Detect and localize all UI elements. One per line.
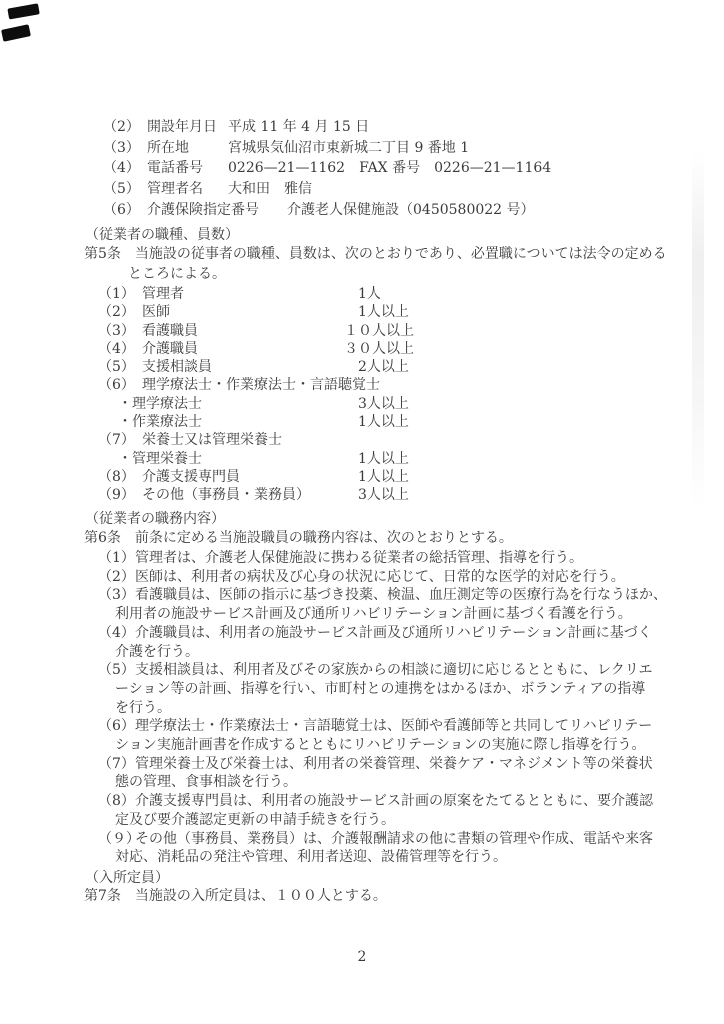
facility-info-list: （2）開設年月日平成 11 年 4 月 15 日（3）所在地宮城県気仙沼市東新城… [103, 117, 551, 221]
item-number: （4） [103, 158, 147, 179]
item-number: （7） [98, 431, 142, 449]
duty-line: 定及び要介護認定更新の申請手続きを行う。 [98, 811, 724, 830]
duty-line: （5）支援相談員は、利用者及びその家族からの相談に適切に応じるとともに、レクリエ [98, 661, 724, 680]
item-number: （5） [98, 661, 135, 680]
article5-intro: 第5条 当施設の従事者の職種、員数は、次のとおりであり、必置職については法令の定… [84, 245, 667, 285]
staff-count: 3人以上 [344, 395, 409, 413]
staff-name: 医師 [142, 303, 344, 321]
clause-line: 第5条 当施設の従事者の職種、員数は、次のとおりであり、必置職については法令の定… [84, 245, 667, 265]
duty-line: 介護を行う。 [98, 643, 724, 662]
duty-line: 対応、消耗品の発注や管理、利用者送迎、設備管理等を行う。 [98, 848, 724, 867]
staff-name: ・理学療法士 [98, 395, 344, 413]
staff-count: 2人以上 [344, 358, 409, 376]
staff-row: ・作業療法士1人以上 [0, 413, 724, 431]
item-number: （3） [103, 138, 147, 159]
duty-text: 理学療法士・作業療法士・言語聴覚士は、医師や看護師等と共同してリハビリテー [135, 718, 652, 734]
duty-line: 利用者の施設サービス計画及び通所リハビリテーション計画に基づく看護を行う。 [98, 605, 724, 624]
duty-text: 管理栄養士及び栄養士は、利用者の栄養管理、栄養ケア・マネジメント等の栄養状 [135, 756, 653, 772]
staff-count: 1人以上 [344, 303, 409, 321]
staff-row: （4）介護職員３０人以上 [0, 340, 724, 358]
staff-row: （3）看護職員１０人以上 [0, 322, 724, 340]
staff-row: （2）医師1人以上 [0, 303, 724, 321]
item-label: 介護保険指定番号 [147, 200, 259, 221]
info-row: （5）管理者名大和田 雅信 [103, 179, 551, 200]
staff-name: その他（事務員・業務員） [142, 486, 344, 504]
duty-line: （1）管理者は、介護老人保健施設に携わる従業者の総括管理、指導を行う。 [98, 549, 724, 568]
article6-intro: 第6条 前条に定める当施設職員の職務内容は、次のとおりとする。 [84, 529, 513, 548]
duty-text: 支援相談員は、利用者及びその家族からの相談に適切に応じるとともに、レクリエ [135, 662, 652, 678]
duty-line: （7）管理栄養士及び栄養士は、利用者の栄養管理、栄養ケア・マネジメント等の栄養状 [98, 755, 724, 774]
staff-count: 1人 [344, 285, 381, 303]
item-number: （5） [98, 358, 142, 376]
duty-item: （3）看護職員は、医師の指示に基づき投薬、検温、血圧測定等の医療行為を行なうほか… [0, 586, 724, 623]
duty-text: 医師は、利用者の病状及び心身の状況に応じて、日常的な医学的対応を行う。 [135, 569, 625, 585]
duty-item: （4）介護職員は、利用者の施設サービス計画及び通所リハビリテーション計画に基づく… [0, 624, 724, 661]
staff-name: 管理者 [142, 285, 344, 303]
duty-item: （９）その他（事務員、業務員）は、介護報酬請求の他に書類の管理や作成、電話や来客… [0, 830, 724, 867]
duty-text: その他（事務員、業務員）は、介護報酬請求の他に書類の管理や作成、電話や来客 [135, 831, 653, 847]
item-label: 開設年月日 [147, 117, 228, 138]
duty-item: （2）医師は、利用者の病状及び心身の状況に応じて、日常的な医学的対応を行う。 [0, 568, 724, 587]
item-number: （6） [98, 717, 135, 736]
duty-item: （5）支援相談員は、利用者及びその家族からの相談に適切に応じるとともに、レクリエ… [0, 661, 724, 717]
article7-text: 第7条 当施設の入所定員は、１００人とする。 [84, 887, 387, 906]
article7-heading: （入所定員） [85, 869, 169, 888]
staff-row: （5）支援相談員2人以上 [0, 358, 724, 376]
duty-line: （6）理学療法士・作業療法士・言語聴覚士は、医師や看護師等と共同してリハビリテー [98, 717, 724, 736]
article6-heading: （従業者の職務内容） [85, 510, 225, 529]
item-number: （1） [98, 549, 135, 568]
duty-text: 管理者は、介護老人保健施設に携わる従業者の総括管理、指導を行う。 [135, 550, 583, 566]
page-number: 2 [0, 948, 724, 967]
staff-name: 介護職員 [142, 340, 344, 358]
duty-line: （９）その他（事務員、業務員）は、介護報酬請求の他に書類の管理や作成、電話や来客 [98, 830, 724, 849]
clause-line: ところによる。 [84, 265, 667, 285]
item-label: 管理者名 [147, 179, 228, 200]
item-value: 0226—21—1162 FAX 番号 0226—21—1164 [228, 158, 551, 179]
duty-line: ション実施計画書を作成するとともにリハビリテーションの実施に際し指導を行う。 [98, 736, 724, 755]
item-number: （8） [98, 468, 142, 486]
staff-name: 支援相談員 [142, 358, 344, 376]
duty-line: ーション等の計画、指導を行い、市町村との連携をはかるほか、ボランティアの指導 [98, 680, 724, 699]
duty-item: （1）管理者は、介護老人保健施設に携わる従業者の総括管理、指導を行う。 [0, 549, 724, 568]
item-number: （6） [103, 200, 147, 221]
item-label: 所在地 [147, 138, 228, 159]
staff-name: ・管理栄養士 [98, 450, 344, 468]
duty-text: 介護職員は、利用者の施設サービス計画及び通所リハビリテーション計画に基づく [135, 625, 652, 641]
staff-count: 1人以上 [344, 413, 409, 431]
duty-line: （3）看護職員は、医師の指示に基づき投薬、検温、血圧測定等の医療行為を行なうほか… [98, 586, 724, 605]
item-number: （９） [98, 830, 135, 849]
staff-row: （7）栄養士又は管理栄養士 [0, 431, 724, 449]
scan-artifact-icon [0, 0, 60, 60]
staff-row: （8）介護支援専門員1人以上 [0, 468, 724, 486]
staff-row: ・理学療法士3人以上 [0, 395, 724, 413]
duty-line: 態の管理、食事相談を行う。 [98, 773, 724, 792]
duty-line: （4）介護職員は、利用者の施設サービス計画及び通所リハビリテーション計画に基づく [98, 624, 724, 643]
staff-count: 1人以上 [344, 468, 409, 486]
staff-name: ・作業療法士 [98, 413, 344, 431]
info-row: （2）開設年月日平成 11 年 4 月 15 日 [103, 117, 551, 138]
duty-text: 看護職員は、医師の指示に基づき投薬、検温、血圧測定等の医療行為を行なうほか、 [135, 587, 667, 603]
staff-name: 看護職員 [142, 322, 344, 340]
staff-count: 1人以上 [344, 450, 409, 468]
item-number: （5） [103, 179, 147, 200]
item-number: （9） [98, 486, 142, 504]
item-number: （8） [98, 792, 135, 811]
item-number: （4） [98, 340, 142, 358]
item-number: （2） [103, 117, 147, 138]
duty-item: （6）理学療法士・作業療法士・言語聴覚士は、医師や看護師等と共同してリハビリテー… [0, 717, 724, 754]
staff-name: 栄養士又は管理栄養士 [142, 431, 344, 449]
staff-row: ・管理栄養士1人以上 [0, 450, 724, 468]
duty-item: （7）管理栄養士及び栄養士は、利用者の栄養管理、栄養ケア・マネジメント等の栄養状… [0, 755, 724, 792]
item-value: 介護老人保健施設（0450580022 号） [259, 200, 535, 221]
item-value: 大和田 雅信 [228, 179, 312, 200]
staff-count: １０人以上 [344, 322, 414, 340]
duty-line: （2）医師は、利用者の病状及び心身の状況に応じて、日常的な医学的対応を行う。 [98, 568, 724, 587]
info-row: （6）介護保険指定番号 介護老人保健施設（0450580022 号） [103, 200, 551, 221]
item-number: （2） [98, 568, 135, 587]
duty-line: （8）介護支援専門員は、利用者の施設サービス計画の原案をたてるとともに、要介護認 [98, 792, 724, 811]
staff-name: 理学療法士・作業療法士・言語聴覚士 [142, 376, 344, 394]
article5-heading: （従業者の職種、員数） [85, 226, 239, 245]
item-number: （2） [98, 303, 142, 321]
duty-text: 介護支援専門員は、利用者の施設サービス計画の原案をたてるとともに、要介護認 [135, 793, 653, 809]
staff-count: 3人以上 [344, 486, 409, 504]
info-row: （4）電話番号0226—21—1162 FAX 番号 0226—21—1164 [103, 158, 551, 179]
article5-staff-list: （1）管理者1人（2）医師1人以上（3）看護職員１０人以上（4）介護職員３０人以… [0, 285, 724, 505]
item-number: （7） [98, 755, 135, 774]
item-number: （3） [98, 586, 135, 605]
staff-row: （9）その他（事務員・業務員）3人以上 [0, 486, 724, 504]
item-number: （4） [98, 624, 135, 643]
staff-name: 介護支援専門員 [142, 468, 344, 486]
staff-row: （6）理学療法士・作業療法士・言語聴覚士 [0, 376, 724, 394]
article6-duty-list: （1）管理者は、介護老人保健施設に携わる従業者の総括管理、指導を行う。（2）医師… [0, 549, 724, 867]
info-row: （3）所在地宮城県気仙沼市東新城二丁目 9 番地 1 [103, 138, 551, 159]
item-number: （1） [98, 285, 142, 303]
item-label: 電話番号 [147, 158, 228, 179]
staff-row: （1）管理者1人 [0, 285, 724, 303]
item-number: （3） [98, 322, 142, 340]
item-number: （6） [98, 376, 142, 394]
duty-line: を行う。 [98, 699, 724, 718]
item-value: 平成 11 年 4 月 15 日 [228, 117, 369, 138]
duty-item: （8）介護支援専門員は、利用者の施設サービス計画の原案をたてるとともに、要介護認… [0, 792, 724, 829]
staff-count: ３０人以上 [344, 340, 414, 358]
item-value: 宮城県気仙沼市東新城二丁目 9 番地 1 [228, 138, 469, 159]
